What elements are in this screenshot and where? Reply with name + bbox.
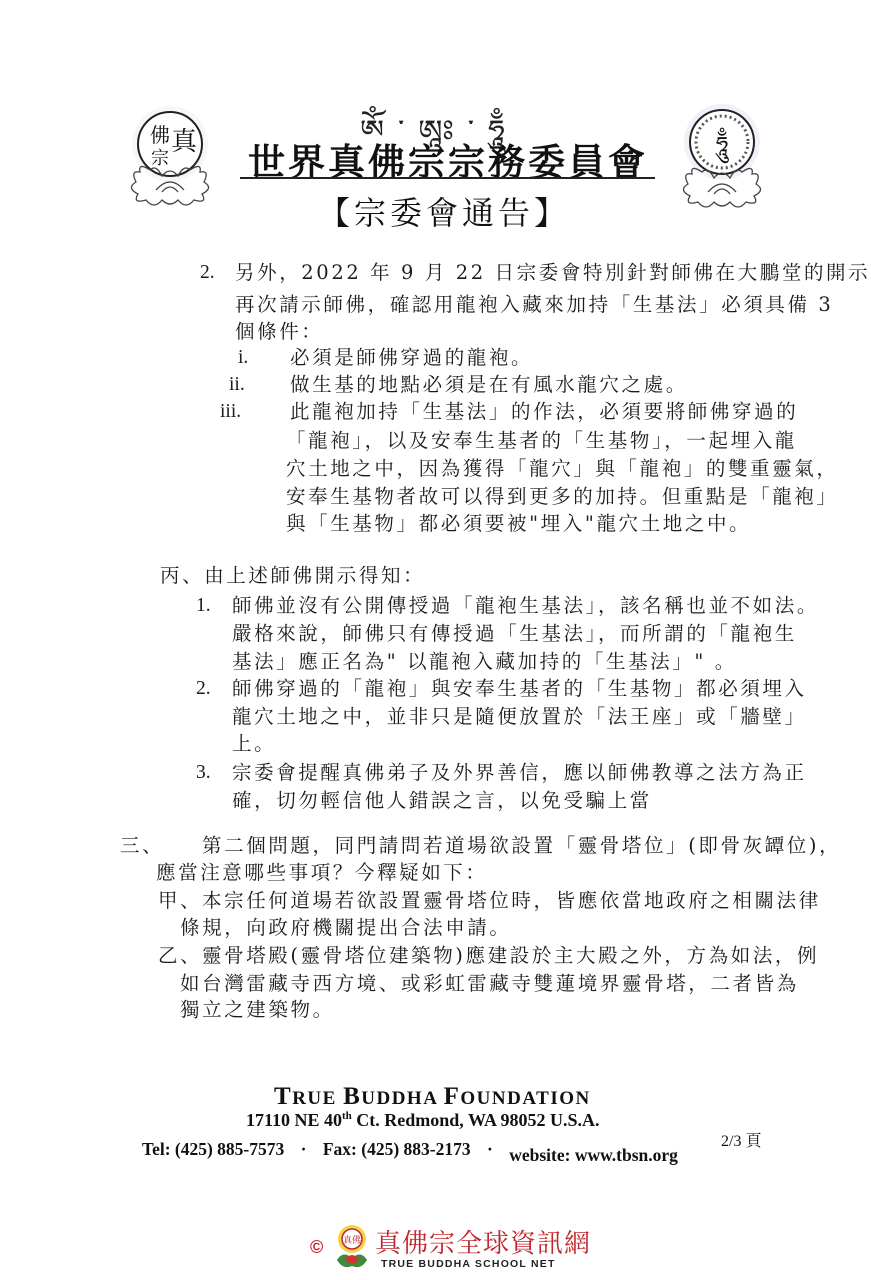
copyright-symbol: © <box>310 1237 323 1258</box>
vajra-seed-syllable-logo: ཧཱུྃ <box>668 104 776 214</box>
fax-number: Fax: (425) 883-2173 <box>323 1139 471 1159</box>
separator: · <box>487 1139 493 1159</box>
paragraph-line: 靈骨塔殿(靈骨塔位建築物)應建設於主大殿之外，方為如法，例 <box>202 946 819 966</box>
paragraph-line: 本宗任何道場若欲設置靈骨塔位時，皆應依當地政府之相關法律 <box>202 891 821 911</box>
paragraph-line: 龍穴土地之中，並非只是隨便放置於「法王座」或「牆壁」 <box>232 707 807 727</box>
condition-marker: ii. <box>229 374 245 396</box>
true-buddha-school-seal-logo: 佛 真 宗 <box>116 104 224 214</box>
paragraph-line: 再次請示師佛，確認用龍袍入藏來加持「生基法」必須具備 3 <box>235 295 833 315</box>
svg-text:真: 真 <box>171 127 198 157</box>
paragraph-line: 師佛並沒有公開傳授過「龍袍生基法」，該名稱也並不如法。 <box>232 596 819 616</box>
separator: · <box>301 1139 307 1159</box>
paragraph-line: 宗委會提醒真佛弟子及外界善信，應以師佛教導之法方為正 <box>232 763 807 783</box>
foundation-address: 17110 NE 40th Ct. Redmond, WA 98052 U.S.… <box>246 1110 600 1131</box>
paragraph-line: 獨立之建築物。 <box>180 1000 335 1020</box>
page-number: 2/3 頁 <box>721 1128 761 1151</box>
website-link[interactable]: website: www.tbsn.org <box>509 1145 678 1165</box>
notice-title: 【宗委會通告】 <box>318 188 570 234</box>
sub-item-marker: 甲、 <box>158 891 202 911</box>
tel-number: Tel: (425) 885-7573 <box>142 1139 284 1159</box>
condition-text: 安奉生基物者故可以得到更多的加持。但重點是「龍袍」 <box>286 487 839 507</box>
item-number: 2. <box>196 678 211 700</box>
svg-text:佛: 佛 <box>150 123 170 147</box>
paragraph-line: 另外，2022 年 9 月 22 日宗委會特別針對師佛在大鵬堂的開示 <box>235 263 870 283</box>
foundation-contact: Tel: (425) 885-7573 · Fax: (425) 883-217… <box>142 1139 678 1160</box>
condition-marker: iii. <box>220 401 241 423</box>
paragraph-line: 嚴格來說，師佛只有傳授過「生基法」，而所謂的「龍袍生 <box>232 624 797 644</box>
condition-text: 做生基的地點必須是在有風水龍穴之處。 <box>290 375 688 395</box>
paragraph-line: 個條件： <box>235 322 323 342</box>
paragraph-line: 基法」應正名為" 以龍袍入藏加持的「生基法」" 。 <box>232 652 737 672</box>
paragraph-line: 確，切勿輕信他人錯誤之言，以免受騙上當 <box>232 791 652 811</box>
condition-text: 必須是師佛穿過的龍袍。 <box>290 348 533 368</box>
paragraph-line: 條規，向政府機關提出合法申請。 <box>180 918 512 938</box>
title-divider <box>240 177 655 179</box>
svg-text:真佛: 真佛 <box>343 1234 361 1246</box>
condition-text: 與「生基物」都必須要被"埋入"龍穴土地之中。 <box>286 514 751 534</box>
item-number: 3. <box>196 762 211 784</box>
item-number: 2. <box>200 262 215 284</box>
condition-text: 此龍袍加持「生基法」的作法，必須要將師佛穿過的 <box>290 402 798 422</box>
paragraph-line: 師佛穿過的「龍袍」與安奉生基者的「生基物」都必須埋入 <box>232 679 807 699</box>
foundation-name: TRUE BUDDHA FOUNDATION <box>274 1083 591 1111</box>
svg-text:宗: 宗 <box>151 148 169 169</box>
tbsn-chinese-name: 真佛宗全球資訊網 <box>375 1223 591 1260</box>
paragraph-line: 如台灣雷藏寺西方境、或彩虹雷藏寺雙蓮境界靈骨塔，二者皆為 <box>180 974 799 994</box>
item-number: 1. <box>196 595 211 617</box>
condition-text: 「龍袍」，以及安奉生基者的「生基物」，一起埋入龍 <box>286 431 797 451</box>
section-marker: 三、 <box>120 836 164 856</box>
tbsn-english-name: TRUE BUDDHA SCHOOL NET <box>381 1258 556 1270</box>
condition-marker: i. <box>238 347 248 369</box>
paragraph-line: 上。 <box>232 734 276 754</box>
sub-item-marker: 乙、 <box>158 946 202 966</box>
paragraph-line: 應當注意哪些事項？今釋疑如下： <box>156 863 488 883</box>
paragraph-line: 第二個問題，同門請問若道場欲設置「靈骨塔位」(即骨灰罈位)， <box>202 836 841 856</box>
condition-text: 穴土地之中，因為獲得「龍穴」與「龍袍」的雙重靈氣， <box>286 459 839 479</box>
tbsn-lotus-logo-icon: 真佛 <box>333 1224 371 1272</box>
section-heading: 丙、由上述師佛開示得知： <box>160 566 425 586</box>
